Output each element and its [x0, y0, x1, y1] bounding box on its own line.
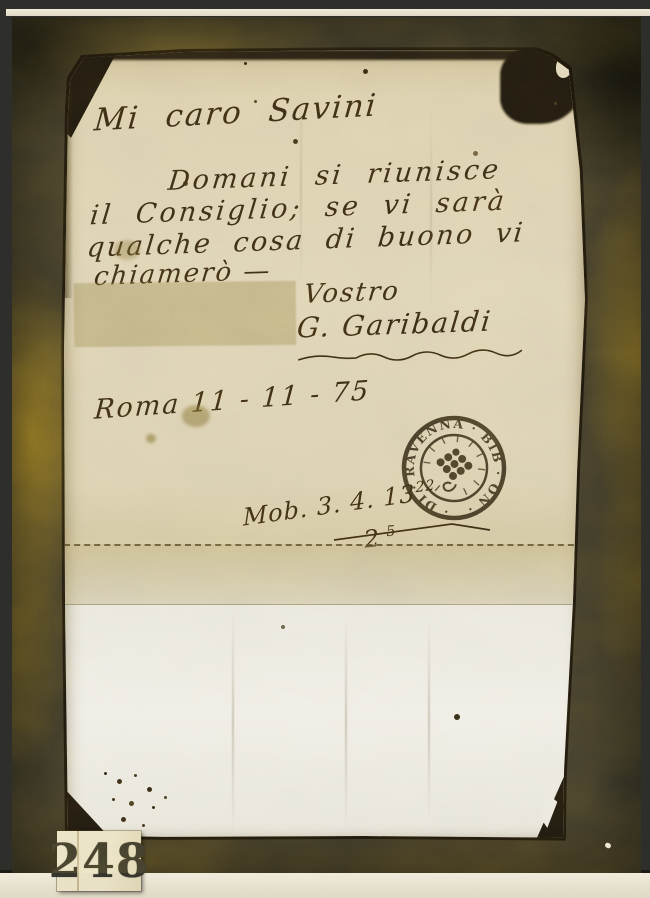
- stain: [182, 405, 210, 427]
- shelfmark-underline: [332, 516, 492, 542]
- fold-band: [64, 544, 584, 605]
- library-stamp-icon: · DI · RAVENNA · BIB · ON ·: [392, 406, 516, 530]
- ink-spot: [454, 714, 460, 720]
- letter-photo: Mi caro Savini Domani si riunisce il Con…: [64, 50, 586, 840]
- catalog-number: 248: [48, 834, 149, 889]
- pine-cone-emblem: [435, 446, 475, 482]
- speckle-cluster: [104, 772, 107, 775]
- svg-text:· DI · RAVENNA · BIB · ON ·: · DI · RAVENNA · BIB · ON ·: [396, 410, 512, 526]
- stain: [146, 434, 156, 443]
- burn-speckles-top: [244, 62, 247, 65]
- shelfmark-sup: 22: [415, 477, 436, 496]
- ink-spot: [281, 625, 285, 629]
- letter-salutation: Mi caro Savini: [93, 90, 379, 136]
- crease: [232, 610, 234, 835]
- signature-flourish: [296, 340, 528, 366]
- letter-closing: Vostro: [303, 278, 402, 307]
- album-page: Mi caro Savini Domani si riunisce il Con…: [0, 0, 650, 898]
- letter-signature: G. Garibaldi: [296, 308, 494, 343]
- fraction-sup: 5: [386, 523, 397, 540]
- crease: [300, 92, 302, 282]
- crease: [345, 615, 347, 830]
- stain: [114, 240, 140, 260]
- album-top-strip: [6, 9, 650, 16]
- catalog-number-label: 248: [57, 831, 141, 891]
- letter-dateline: Roma 11 - 11 - 75: [93, 377, 371, 423]
- crease: [428, 620, 430, 820]
- label-crease: [77, 831, 79, 891]
- crease: [430, 110, 432, 310]
- tape-patch: [74, 281, 297, 347]
